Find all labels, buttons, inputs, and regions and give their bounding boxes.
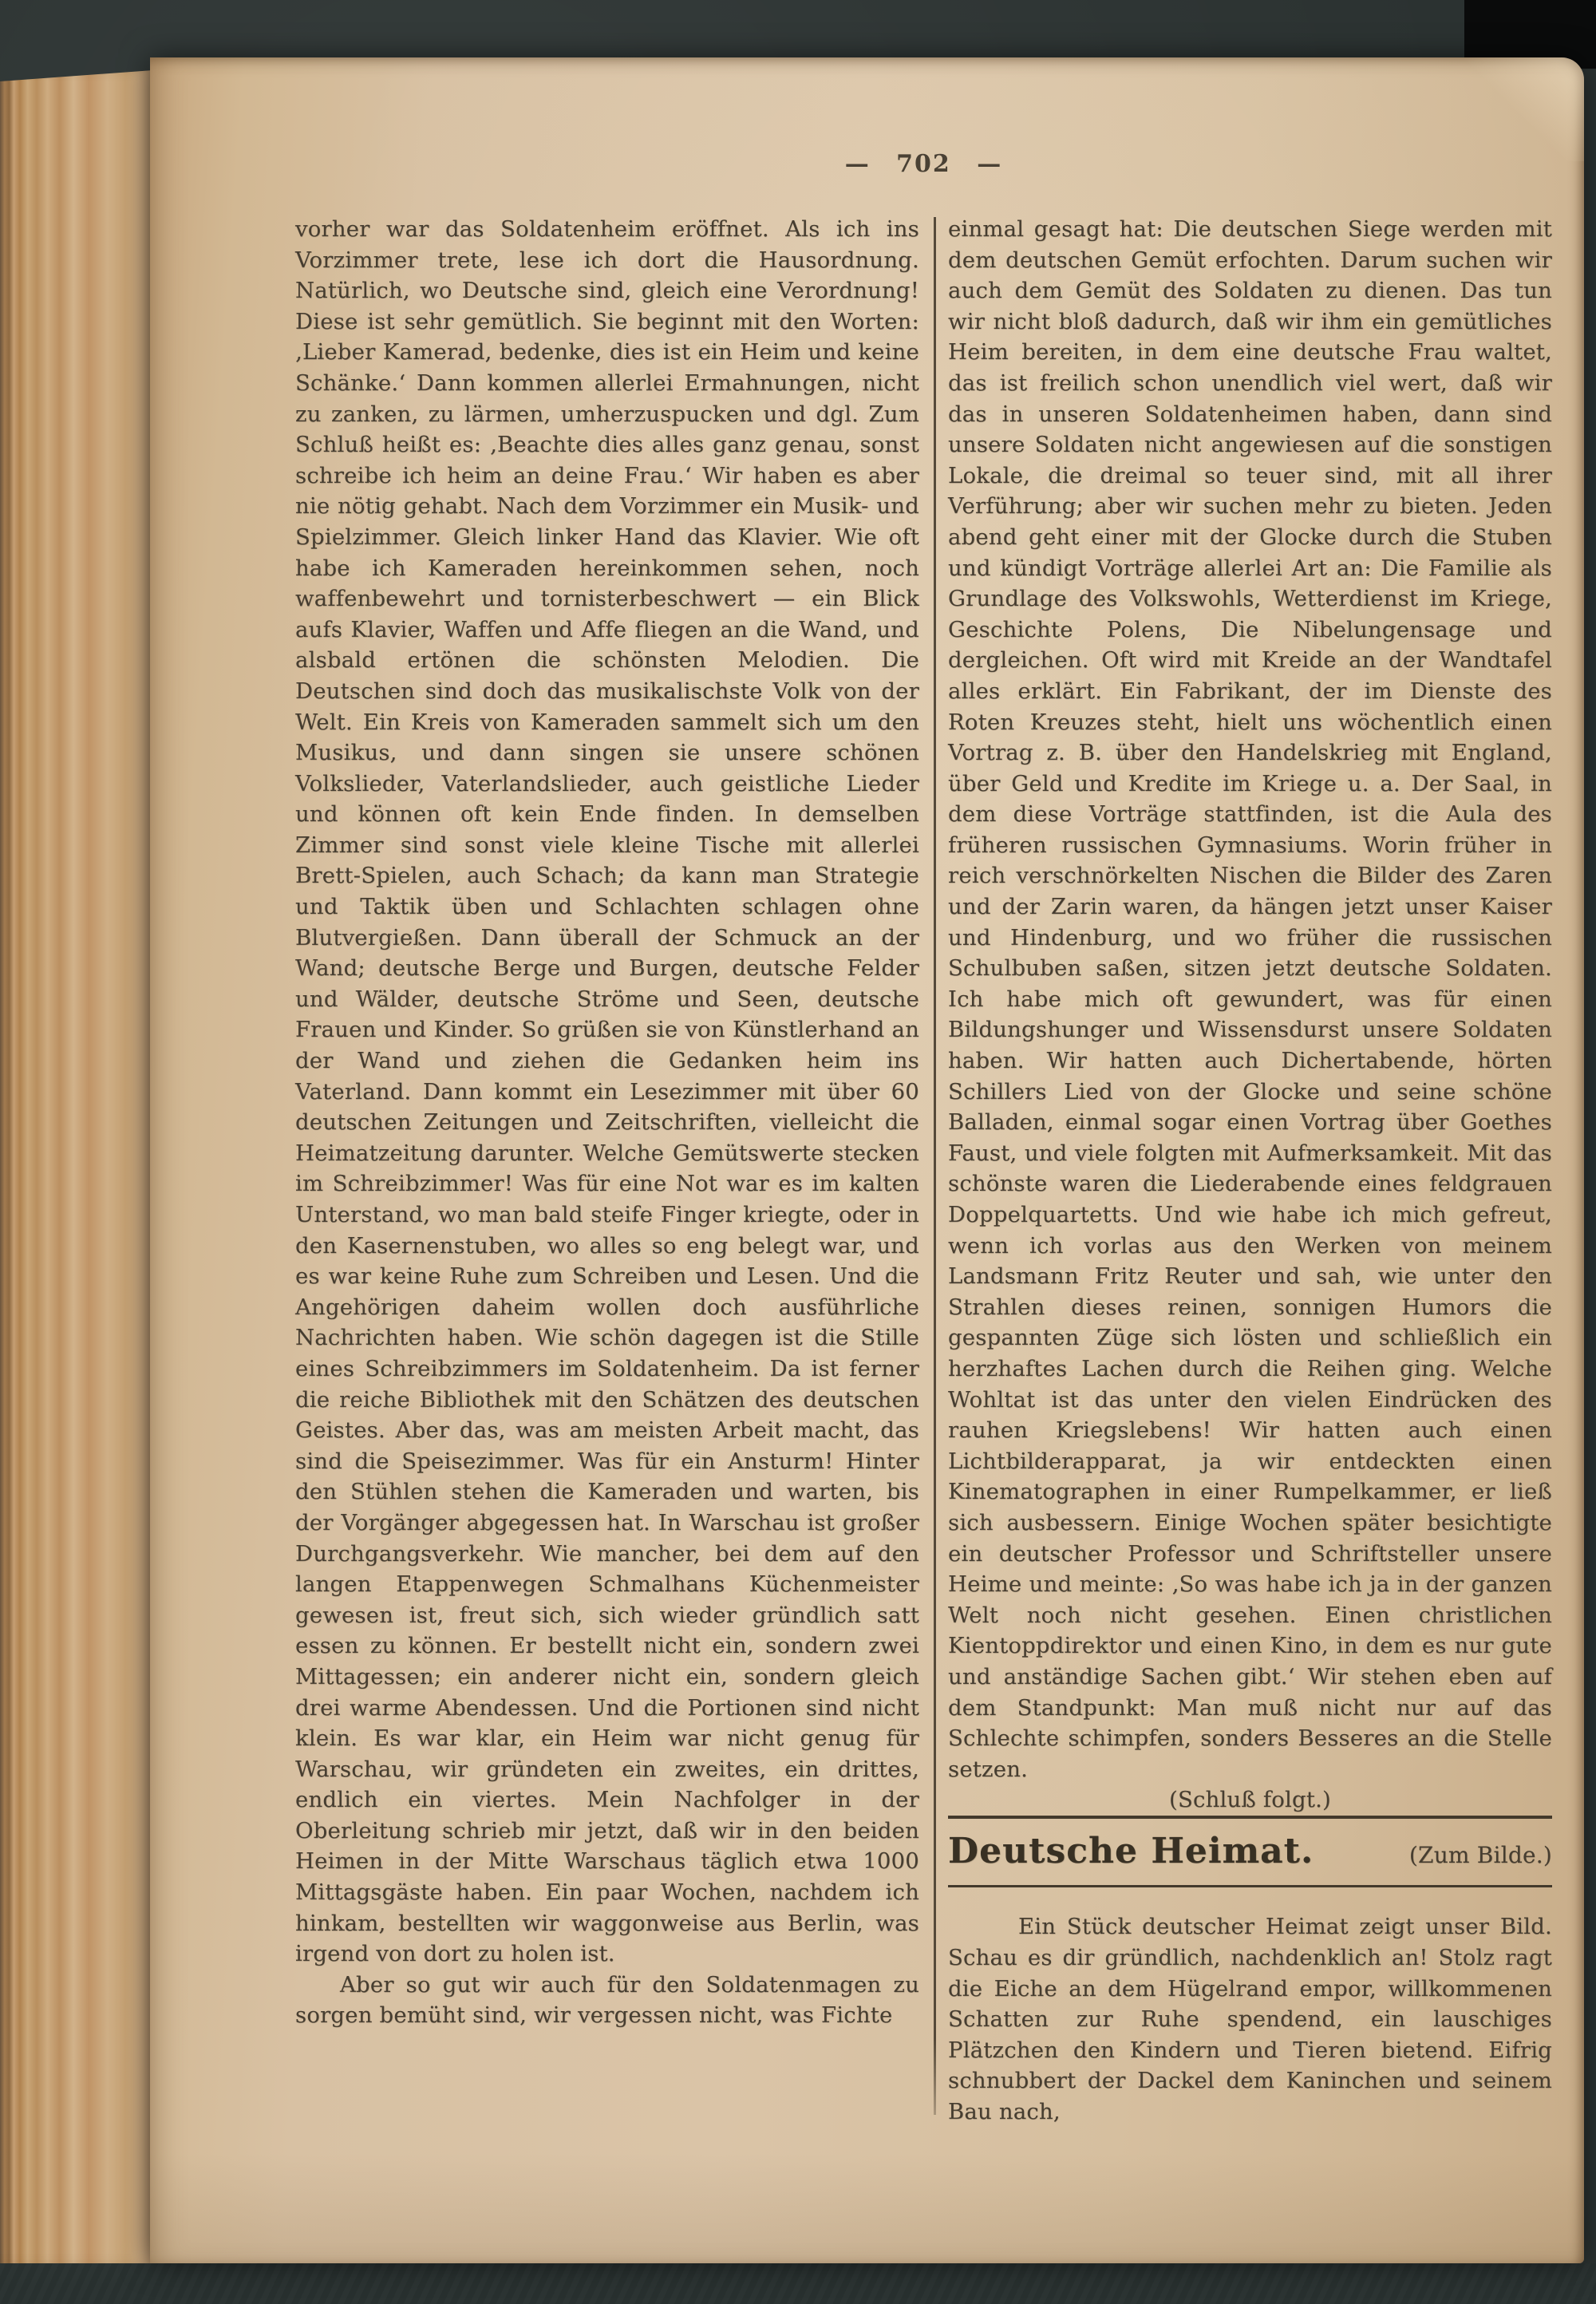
text-column-left: vorher war das Soldatenheim eröffnet. Al… xyxy=(295,214,919,2031)
column-divider-rule xyxy=(934,217,936,2115)
paragraph: Aber so gut wir auch für den Soldatenmag… xyxy=(295,1970,919,2031)
page-corner-curl xyxy=(1464,57,1584,161)
paragraph: einmal gesagt hat: Die deutschen Siege w… xyxy=(948,214,1552,1784)
section-heading: Deutsche Heimat. (Zum Bilde.) xyxy=(948,1836,1552,1871)
book-page: — 702 — vorher war das Soldatenheim eröf… xyxy=(150,57,1584,2263)
section-divider-top xyxy=(948,1816,1552,1819)
section-divider-bottom xyxy=(948,1885,1552,1887)
book-page-edges xyxy=(0,70,153,2265)
section-subtitle: (Zum Bilde.) xyxy=(1409,1840,1552,1871)
book-cover-bottom xyxy=(0,2263,1596,2304)
page-number: — 702 — xyxy=(295,150,1552,178)
text-column-right: einmal gesagt hat: Die deutschen Siege w… xyxy=(948,214,1552,2128)
section-title: Deutsche Heimat. xyxy=(948,1836,1314,1867)
paragraph: Ein Stück deutscher Heimat zeigt unser B… xyxy=(948,1911,1552,2127)
closing-note: (Schluß folgt.) xyxy=(948,1784,1552,1816)
paragraph: vorher war das Soldatenheim eröffnet. Al… xyxy=(295,214,919,1970)
